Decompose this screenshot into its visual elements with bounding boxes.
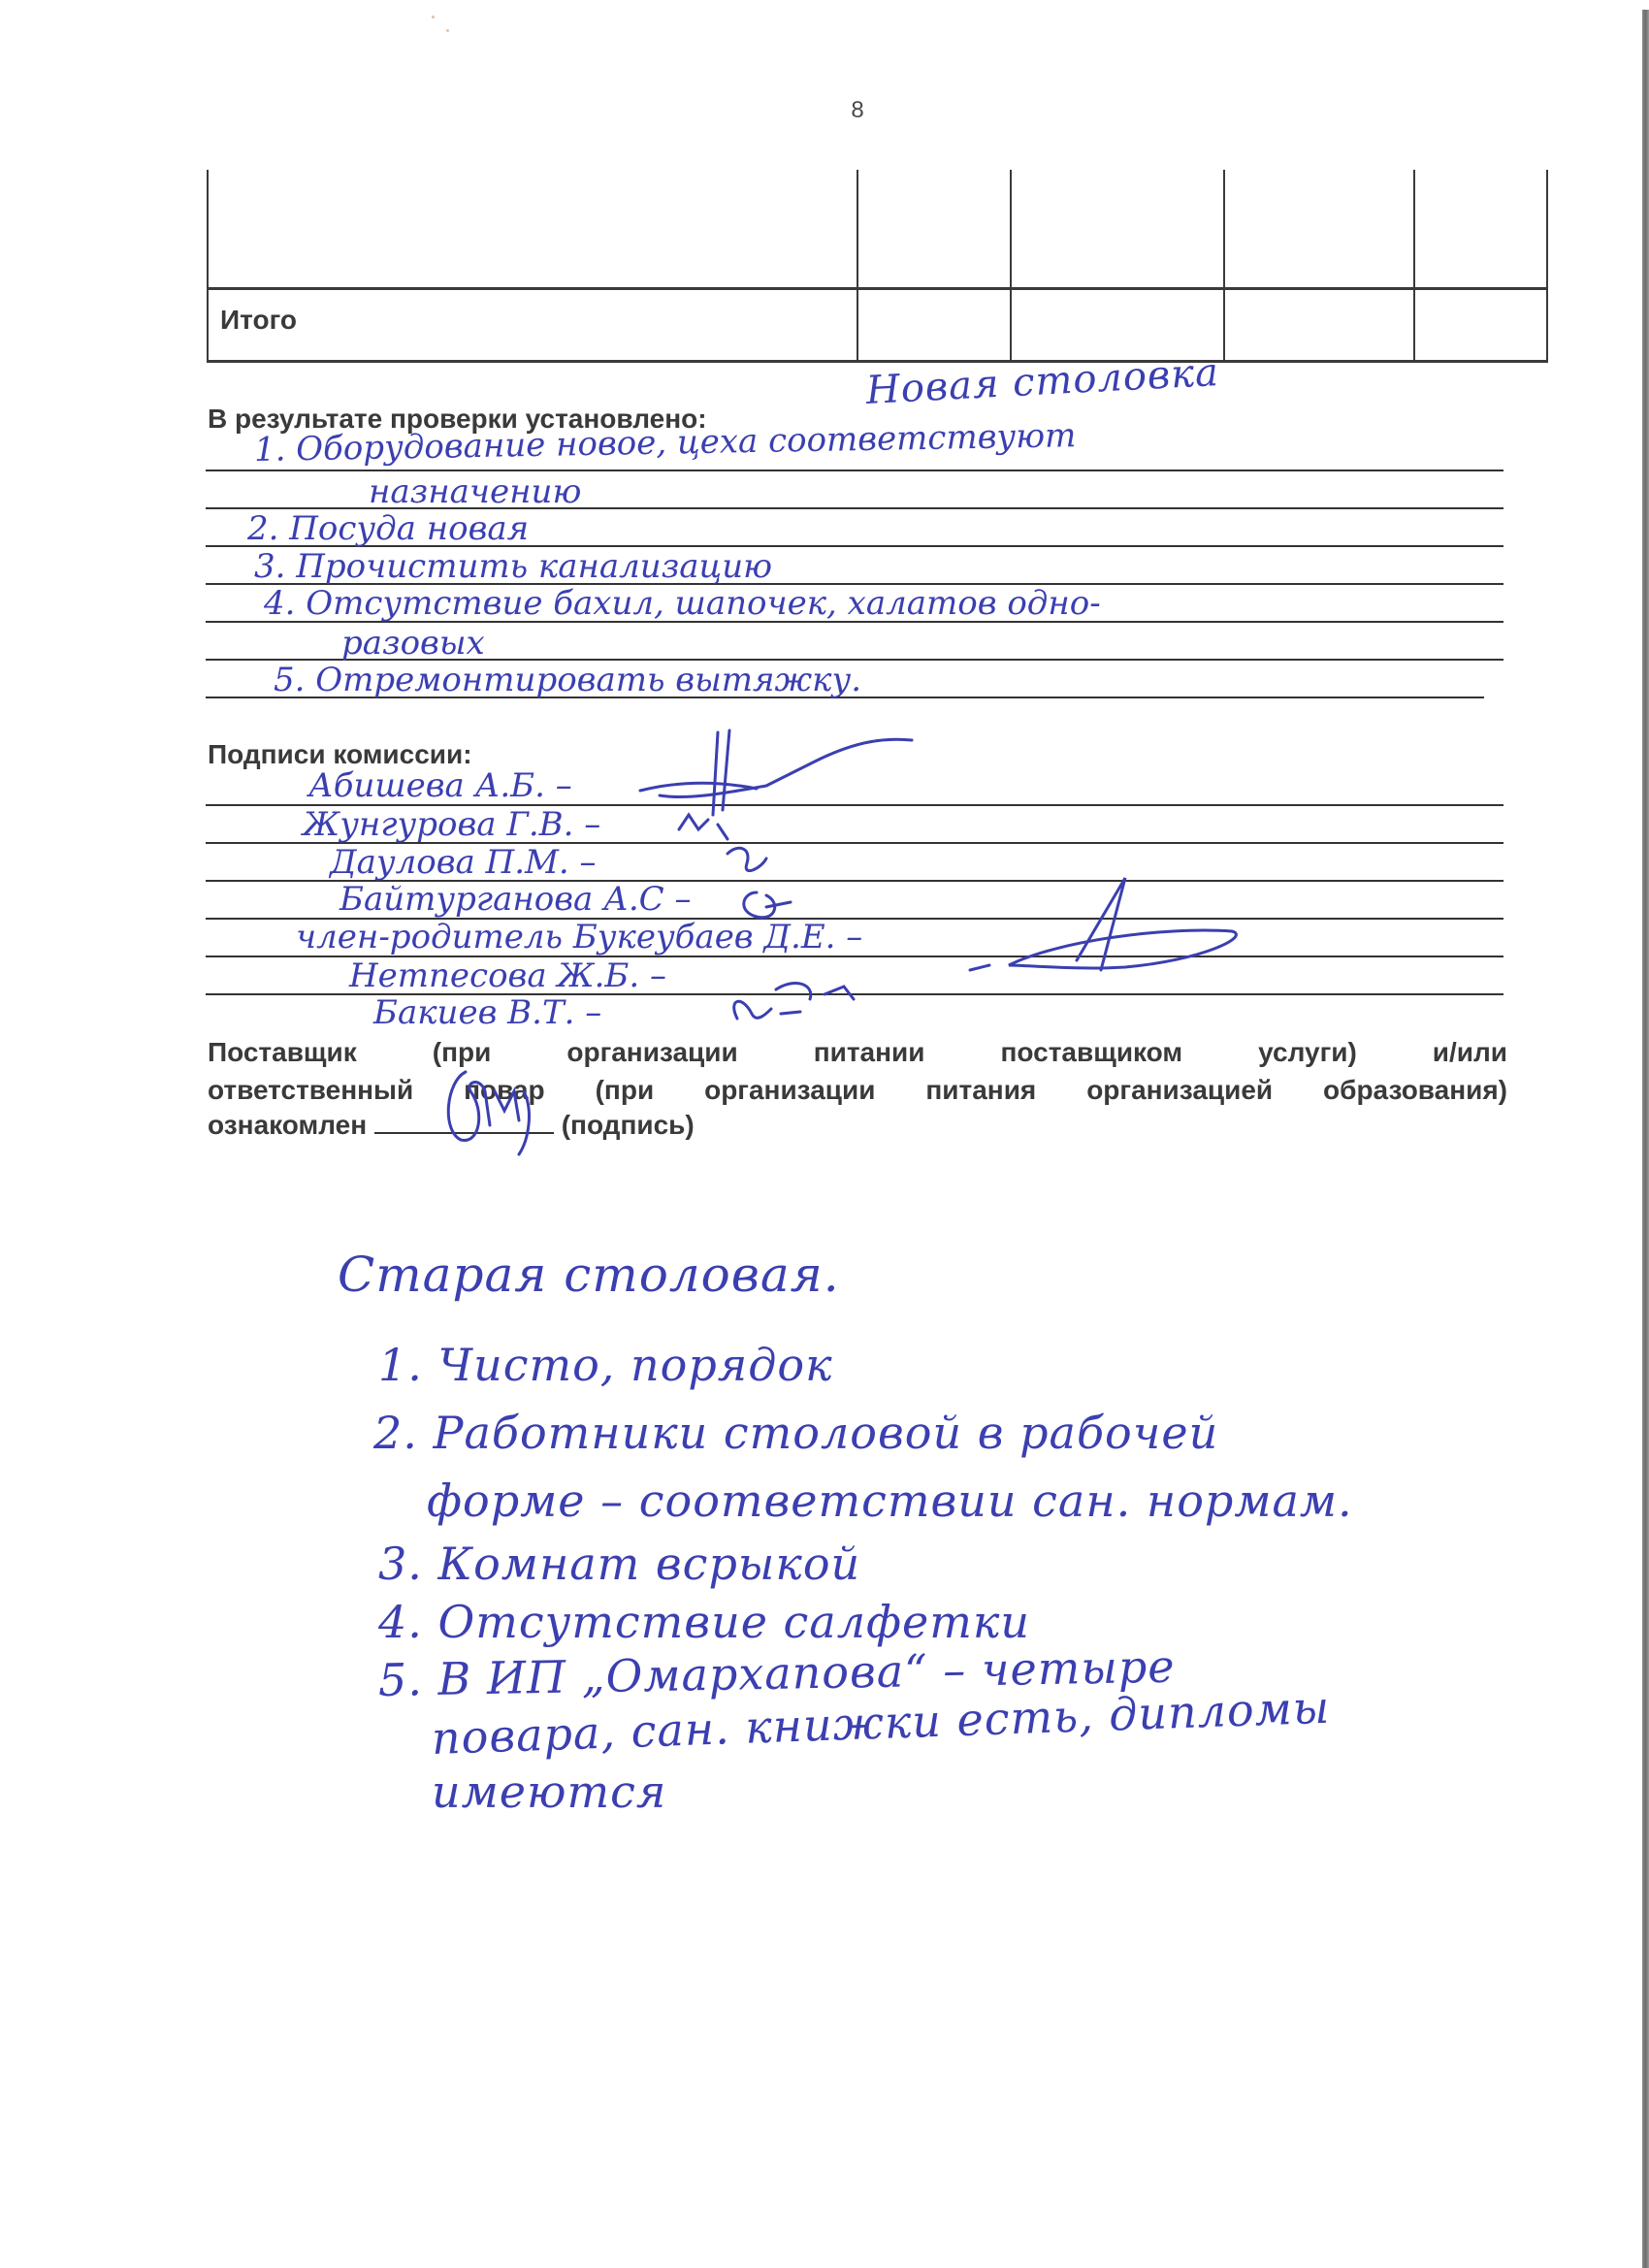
table-column-divider	[1010, 170, 1012, 362]
signature-scrawls	[621, 723, 1397, 1043]
old-canteen-note: 1. Чисто, порядок	[378, 1339, 833, 1391]
table-border-bottom	[207, 360, 1548, 363]
old-canteen-note: 4. Отсутствие салфетки	[378, 1596, 1030, 1648]
finding-line: разовых	[341, 624, 485, 663]
total-row-label: Итого	[220, 305, 297, 336]
table-column-divider	[1223, 170, 1225, 362]
commission-member-signature: Нетпесова Ж.Б. –	[349, 956, 666, 995]
old-canteen-note: 2. Работники столовой в рабочей	[373, 1407, 1218, 1459]
supplier-statement-line1: Поставщик (при организации питании поста…	[208, 1033, 1507, 1071]
signature-caption: (подпись)	[562, 1110, 695, 1140]
scan-edge-shadow	[1642, 10, 1649, 2268]
acknowledged-label: ознакомлен	[208, 1110, 367, 1140]
table-border-right	[1546, 170, 1548, 362]
finding-line: 4. Отсутствие бахил, шапочек, халатов од…	[264, 584, 1101, 623]
finding-line: 3. Прочистить канализацию	[254, 547, 772, 586]
table-row-divider	[207, 287, 1548, 290]
page-number: 8	[848, 97, 867, 124]
cook-signature-scrawl	[427, 1053, 563, 1159]
finding-line: назначению	[369, 472, 581, 511]
table-column-divider	[857, 170, 858, 362]
scan-speck	[432, 16, 435, 18]
old-canteen-note: 3. Комнат всрыкой	[378, 1538, 860, 1590]
scan-speck	[446, 29, 449, 32]
commission-member-signature: Абишева А.Б. –	[308, 766, 572, 805]
commission-member-signature: Даулова П.М. –	[330, 843, 597, 882]
table-column-divider	[1413, 170, 1415, 362]
old-canteen-note: форме – соответствии сан. нормам.	[427, 1474, 1353, 1527]
commission-member-signature: Бакиев В.Т. –	[373, 993, 601, 1032]
supplier-statement-line2: ответственный повар (при организации пит…	[208, 1071, 1507, 1109]
table-border-left	[207, 170, 209, 362]
old-canteen-heading: Старая столовая.	[338, 1247, 840, 1303]
commission-member-signature: Жунгурова Г.В. –	[303, 805, 600, 844]
finding-line: 5. Отремонтировать вытяжку.	[274, 661, 861, 699]
old-canteen-note: имеются	[432, 1766, 666, 1818]
finding-line: 2. Посуда новая	[247, 509, 529, 548]
ruled-line	[206, 470, 1503, 471]
